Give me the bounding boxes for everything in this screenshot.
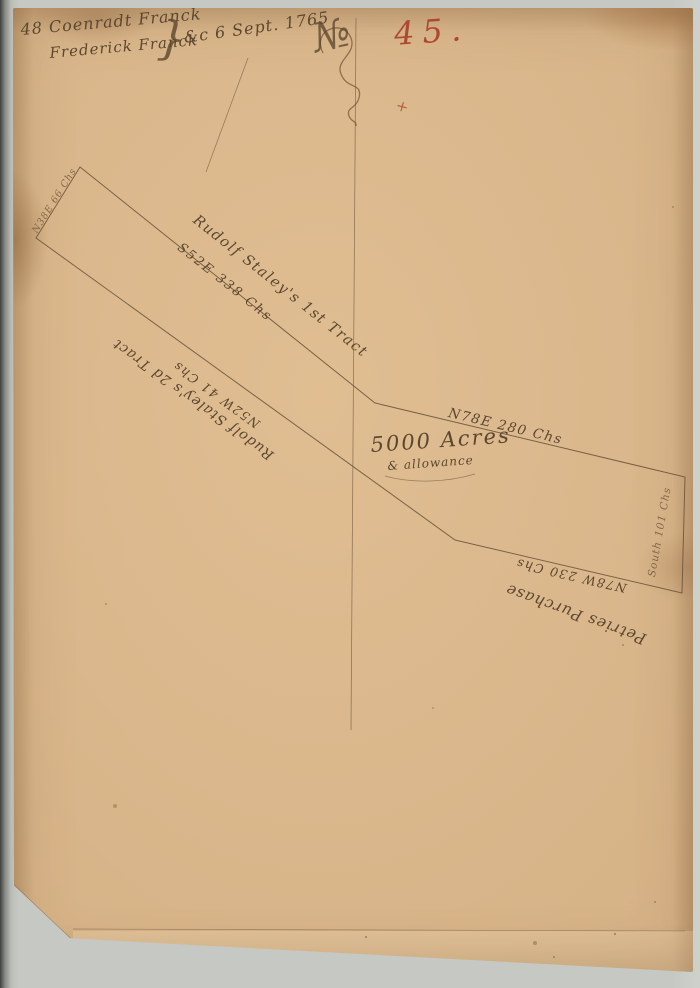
- paper-fold-strip: [73, 931, 693, 972]
- allowance-underline: [385, 474, 475, 481]
- paper-specks: [13, 8, 15, 10]
- survey-drawing: [13, 8, 693, 972]
- map-number-value: 45.: [393, 13, 470, 50]
- map-sheet: 48 Coenradt Franck Frederick Franck } &c…: [13, 8, 693, 972]
- map-number-symbol: №: [309, 12, 354, 59]
- meridian-line: [351, 18, 356, 730]
- torn-corner-edge: [14, 885, 70, 938]
- tract-boundary-outline: [36, 167, 685, 593]
- header-pen-stroke: [206, 58, 248, 172]
